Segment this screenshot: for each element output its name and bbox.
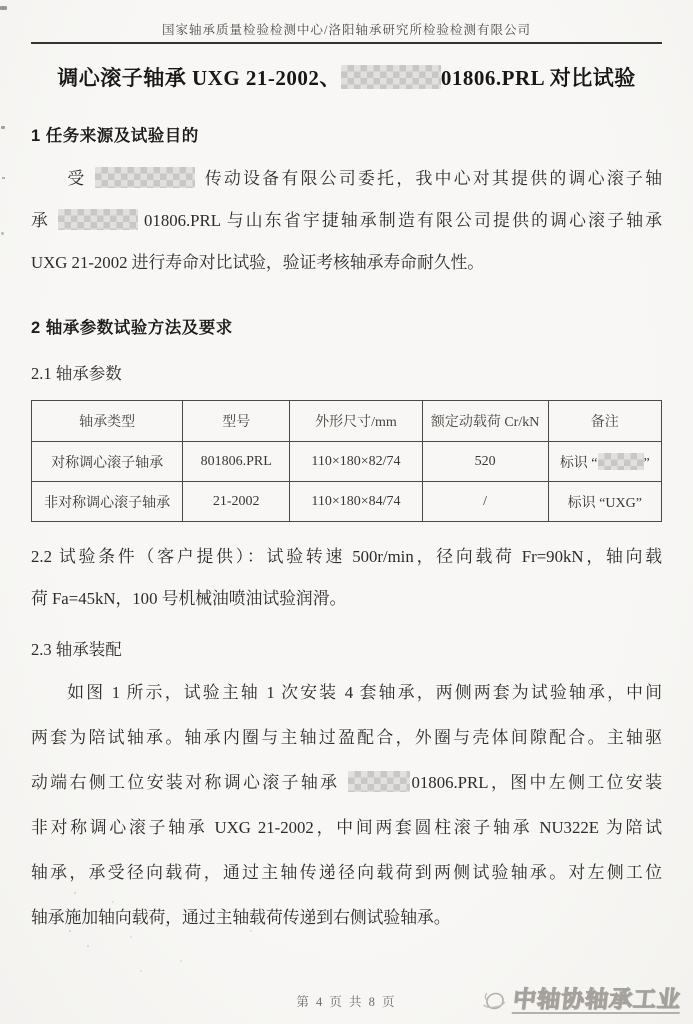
column-header-remark: 备注 bbox=[548, 401, 661, 442]
scan-speck bbox=[1, 232, 4, 235]
redaction-block bbox=[341, 65, 441, 89]
table-row: 对称调心滚子轴承 801806.PRL 110×180×82/74 520 标识… bbox=[32, 442, 662, 482]
title-text-pre: 调心滚子轴承 UXG 21-2002、 bbox=[57, 66, 341, 90]
scan-speck bbox=[1, 126, 5, 129]
cell-remark: 标识 “” bbox=[548, 442, 661, 482]
bearing-parameters-table: 轴承类型 型号 外形尺寸/mm 额定动载荷 Cr/kN 备注 对称调心滚子轴承 … bbox=[31, 400, 662, 522]
column-header-model: 型号 bbox=[183, 401, 290, 442]
paragraph-text: 动端右侧工位安装对称调心滚子轴承 bbox=[31, 773, 340, 792]
redaction-block bbox=[95, 167, 195, 188]
section-1-paragraph: 受传动设备有限公司委托，我中心对其提供的调心滚子轴 承01806.PRL 与山东… bbox=[31, 158, 662, 284]
paragraph-text: 承 bbox=[31, 211, 50, 230]
organization-name: 国家轴承质量检验检测中心/洛阳轴承研究所检验检测有限公司 bbox=[162, 23, 531, 37]
paragraph-line: 两套为陪试轴承。轴承内圈与主轴过盈配合，外圈与壳体间隙配合。主轴驱 bbox=[31, 715, 662, 760]
paragraph-text: 01806.PRL 与山东省宇捷轴承制造有限公司提供的调心滚子轴承 bbox=[144, 211, 662, 230]
document-title: 调心滚子轴承 UXG 21-2002、01806.PRL 对比试验 bbox=[31, 62, 662, 92]
section-2-3-heading: 2.3 轴承装配 bbox=[31, 636, 662, 660]
paragraph-text: 受 bbox=[65, 169, 87, 188]
paragraph-line: 非对称调心滚子轴承 UXG 21-2002，中间两套圆柱滚子轴承 NU322E … bbox=[31, 805, 662, 850]
paragraph-line: UXG 21-2002 进行寿命对比试验，验证考核轴承寿命耐久性。 bbox=[31, 242, 662, 284]
paragraph-line: 承01806.PRL 与山东省宇捷轴承制造有限公司提供的调心滚子轴承 bbox=[31, 200, 662, 242]
paragraph-line: 受传动设备有限公司委托，我中心对其提供的调心滚子轴 bbox=[31, 158, 662, 200]
remark-text: 标识 “ bbox=[560, 456, 598, 471]
document-page: 国家轴承质量检验检测中心/洛阳轴承研究所检验检测有限公司 调心滚子轴承 UXG … bbox=[0, 0, 693, 1024]
title-text-post: 01806.PRL 对比试验 bbox=[441, 66, 636, 90]
column-header-type: 轴承类型 bbox=[32, 401, 183, 442]
section-2-1-heading: 2.1 轴承参数 bbox=[31, 360, 662, 384]
scan-noise bbox=[60, 870, 62, 872]
paragraph-text: 如图 1 所示，试验主轴 1 次安装 4 套轴承，两侧两套为试验轴承，中间 bbox=[65, 683, 662, 702]
scan-speck bbox=[2, 177, 5, 179]
cell-remark: 标识 “UXG” bbox=[548, 482, 661, 522]
cell-size: 110×180×82/74 bbox=[290, 442, 422, 482]
paragraph-text: 传动设备有限公司委托，我中心对其提供的调心滚子轴 bbox=[203, 169, 662, 188]
redaction-block bbox=[598, 453, 644, 470]
paragraph-line: 轴承，承受径向载荷，通过主轴传递径向载荷到两侧试验轴承。对左侧工位 bbox=[31, 850, 662, 895]
section-2-heading: 2 轴承参数试验方法及要求 bbox=[31, 314, 662, 338]
scan-speck bbox=[0, 6, 7, 10]
cell-model: 801806.PRL bbox=[183, 442, 290, 482]
header-rule bbox=[31, 42, 662, 44]
column-header-load: 额定动载荷 Cr/kN bbox=[422, 401, 548, 442]
table-header-row: 轴承类型 型号 外形尺寸/mm 额定动载荷 Cr/kN 备注 bbox=[32, 401, 662, 442]
cell-load: / bbox=[422, 482, 548, 522]
section-2-3-paragraph: 如图 1 所示，试验主轴 1 次安装 4 套轴承，两侧两套为试验轴承，中间 两套… bbox=[31, 670, 662, 940]
watermark-globe-icon bbox=[480, 989, 509, 1013]
redaction-block bbox=[58, 209, 138, 230]
table-row: 非对称调心滚子轴承 21-2002 110×180×84/74 / 标识 “UX… bbox=[32, 482, 662, 522]
cell-model: 21-2002 bbox=[183, 482, 290, 522]
paragraph-line: 如图 1 所示，试验主轴 1 次安装 4 套轴承，两侧两套为试验轴承，中间 bbox=[31, 670, 662, 715]
paragraph-line: 轴承施加轴向载荷，通过主轴载荷传递到右侧试验轴承。 bbox=[31, 895, 662, 940]
document-header: 国家轴承质量检验检测中心/洛阳轴承研究所检验检测有限公司 bbox=[31, 0, 662, 38]
cell-size: 110×180×84/74 bbox=[290, 482, 422, 522]
section-1-heading: 1 任务来源及试验目的 bbox=[31, 122, 662, 146]
section-2-2-paragraph: 2.2 试验条件（客户提供）：试验转速 500r/min，径向载荷 Fr=90k… bbox=[31, 536, 662, 620]
paragraph-line: 动端右侧工位安装对称调心滚子轴承01806.PRL，图中左侧工位安装 bbox=[31, 760, 662, 805]
redaction-block bbox=[348, 771, 410, 792]
publisher-watermark: 中轴协轴承工业 bbox=[480, 988, 683, 1014]
cell-bearing-type: 对称调心滚子轴承 bbox=[32, 442, 183, 482]
cell-load: 520 bbox=[422, 442, 548, 482]
remark-text: ” bbox=[644, 456, 650, 471]
paragraph-line: 2.2 试验条件（客户提供）：试验转速 500r/min，径向载荷 Fr=90k… bbox=[31, 536, 662, 578]
cell-bearing-type: 非对称调心滚子轴承 bbox=[32, 482, 183, 522]
watermark-text: 中轴协轴承工业 bbox=[512, 988, 683, 1014]
paragraph-line: 荷 Fa=45kN，100 号机械油喷油试验润滑。 bbox=[31, 578, 662, 620]
paragraph-text: 01806.PRL，图中左侧工位安装 bbox=[412, 773, 662, 792]
column-header-size: 外形尺寸/mm bbox=[290, 401, 422, 442]
